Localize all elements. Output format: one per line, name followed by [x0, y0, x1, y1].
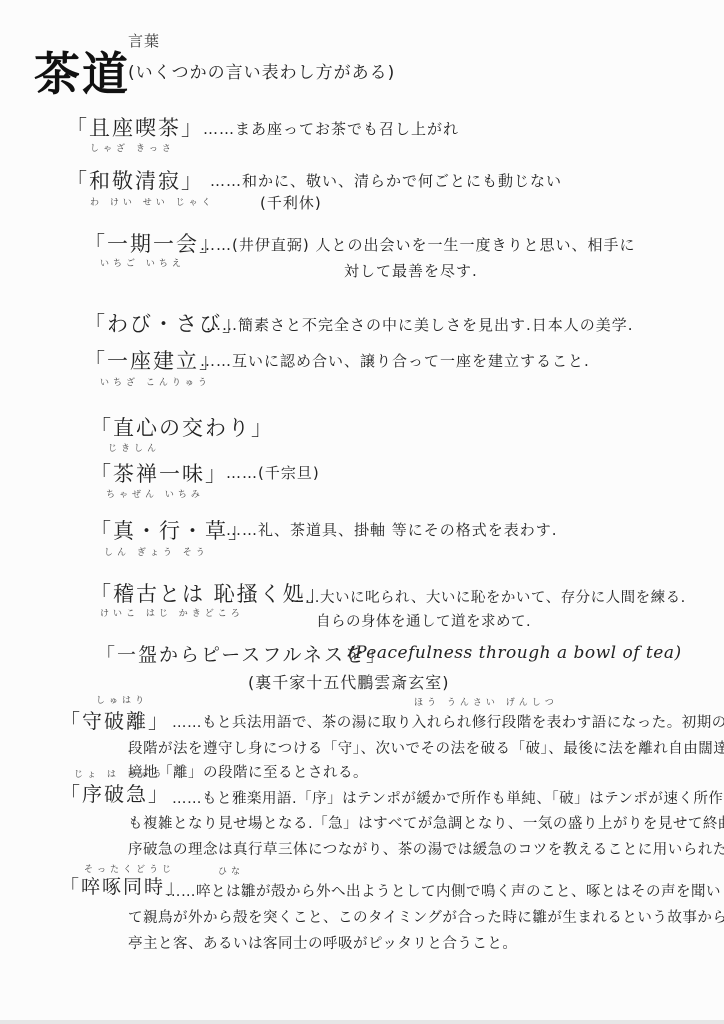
shuhari-line-2: 段階が法を遵守し身につける「守」、次いでその法を破る「破」、最後に法を離れ自由闊… [128, 737, 724, 758]
term-description-cont: 自らの身体を通して道を求めて. [316, 610, 531, 631]
term-description: ……大いに叱られ、大いに恥をかいて、存分に人間を練る. [290, 586, 686, 607]
hina-ruby: ひな [218, 864, 244, 877]
term-ruby: しん ぎょう そう [104, 545, 209, 558]
term-description: ……礼、茶道具、掛軸 等にその格式を表わす. [226, 519, 558, 540]
term-shaza-kissa: 「且座喫茶」 [66, 112, 204, 142]
page-subtitle: (いくつかの言い表わし方がある) [128, 58, 395, 83]
johakyu-line-1: ……もと雅楽用語.「序」はテンポが緩かで所作も単純、「破」はテンポが速く所作 [172, 787, 723, 808]
johakyu-line-3: 序破急の理念は真行草三体につながり、茶の湯では緩急のコツを教えることに用いられた… [128, 838, 724, 859]
bowl-english: (Peacefulness through a bowl of tea) [348, 643, 682, 663]
bowl-attribution: (裏千家十五代鵬雲斎玄室) [248, 670, 450, 693]
bowl-phrase: 「一盌からピースフルネスを」 [96, 640, 387, 667]
term-description: ……簡素さと不完全さの中に美しさを見出す.日本人の美学. [206, 314, 634, 335]
term-shuhari: 「守破離」 [60, 705, 170, 734]
term-description: ……互いに認め合い、譲り合って一座を建立すること. [200, 350, 590, 371]
page-title: 茶道 [34, 38, 130, 104]
term-wakei-seijaku: 「和敬清寂」 [66, 165, 204, 195]
term-johakyu: 「序破急」 [60, 778, 170, 807]
term-attribution: (千利休) [260, 192, 322, 213]
sottaku-line-3: 亭主と客、あるいは客同士の呼吸がピッタリと合うこと。 [128, 932, 517, 953]
term-ruby: いちざ こんりゅう [100, 375, 211, 388]
johakyu-line-2: も複雑となり見せ場となる.「急」はすべてが急調となり、一気の盛り上がりを見せて終… [128, 812, 724, 833]
term-description-cont: 対して最善を尽す. [344, 260, 478, 281]
term-ruby: わ けい せい じゃく [90, 195, 215, 208]
term-description: ……まあ座ってお茶でも召し上がれ [203, 118, 459, 139]
term-ruby: ちゃぜん いちみ [106, 487, 204, 500]
sottaku-line-2: て親鳥が外から殻を突くこと、このタイミングが合った時に雛が生まれるという故事から… [128, 906, 724, 927]
term-attribution: ……(千宗旦) [226, 462, 320, 483]
bowl-ruby: ほう うんさい げんしつ [414, 695, 558, 708]
term-ruby: しゃざ きっさ [90, 141, 175, 154]
term-ruby: けいこ はじ かきどころ [100, 606, 244, 619]
term-ruby: いちご いちえ [100, 256, 185, 269]
term-description: ……(井伊直弼) 人との出会いを一生一度きりと思い、相手に [200, 234, 635, 255]
shuhari-line-1: ……もと兵法用語で、茶の湯に取り入れられ修行段階を表わす語になった。初期の [172, 711, 724, 732]
term-description: ……和かに、敬い、清らかで何ごとにも動じない [210, 170, 562, 191]
term-jikishin: 「直心の交わり」 [90, 412, 274, 442]
term-chazen-ichimi: 「茶禅一味」 [90, 458, 228, 488]
sottaku-line-1: ……啐とは雛が殻から外へ出ようとして内側で鳴く声のこと、啄とはその声を聞い [166, 880, 721, 901]
handwritten-page: 茶道 言葉 (いくつかの言い表わし方がある) 「且座喫茶」 しゃざ きっさ ……… [0, 0, 724, 1024]
term-ruby: じきしん [108, 441, 160, 454]
title-annotation: 言葉 [128, 30, 160, 51]
